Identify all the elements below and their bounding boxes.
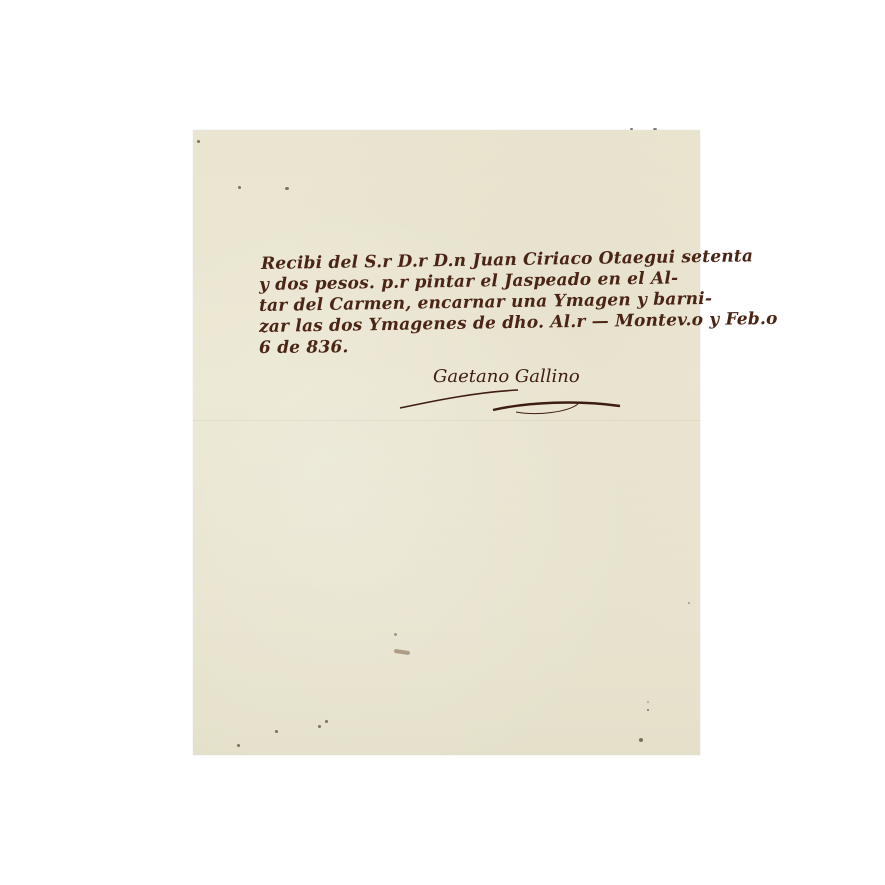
paper-speck — [639, 738, 643, 742]
paper-speck — [318, 725, 321, 728]
paper-speck — [275, 730, 278, 733]
paper-speck — [238, 186, 241, 189]
paper-speck — [325, 720, 328, 723]
paper-speck — [237, 744, 240, 747]
document-paper: Recibi del S.r D.r D.n Juan Ciriaco Otae… — [193, 130, 700, 755]
paper-speck — [630, 128, 633, 130]
receipt-line-5: 6 de 836. — [259, 337, 349, 358]
paper-speck — [647, 701, 649, 703]
receipt-line-1: Recibi del S.r D.r D.n Juan Ciriaco Otae… — [261, 246, 753, 274]
ink-smudge — [394, 649, 410, 655]
signature-flourish-icon — [398, 382, 623, 416]
paper-speck — [647, 709, 649, 711]
paper-speck — [394, 633, 397, 636]
paper-fold-crease — [193, 420, 700, 421]
paper-speck — [285, 187, 289, 190]
paper-speck — [653, 128, 657, 130]
paper-speck — [197, 140, 200, 143]
image-canvas: Recibi del S.r D.r D.n Juan Ciriaco Otae… — [0, 0, 885, 885]
paper-speck — [688, 602, 690, 604]
